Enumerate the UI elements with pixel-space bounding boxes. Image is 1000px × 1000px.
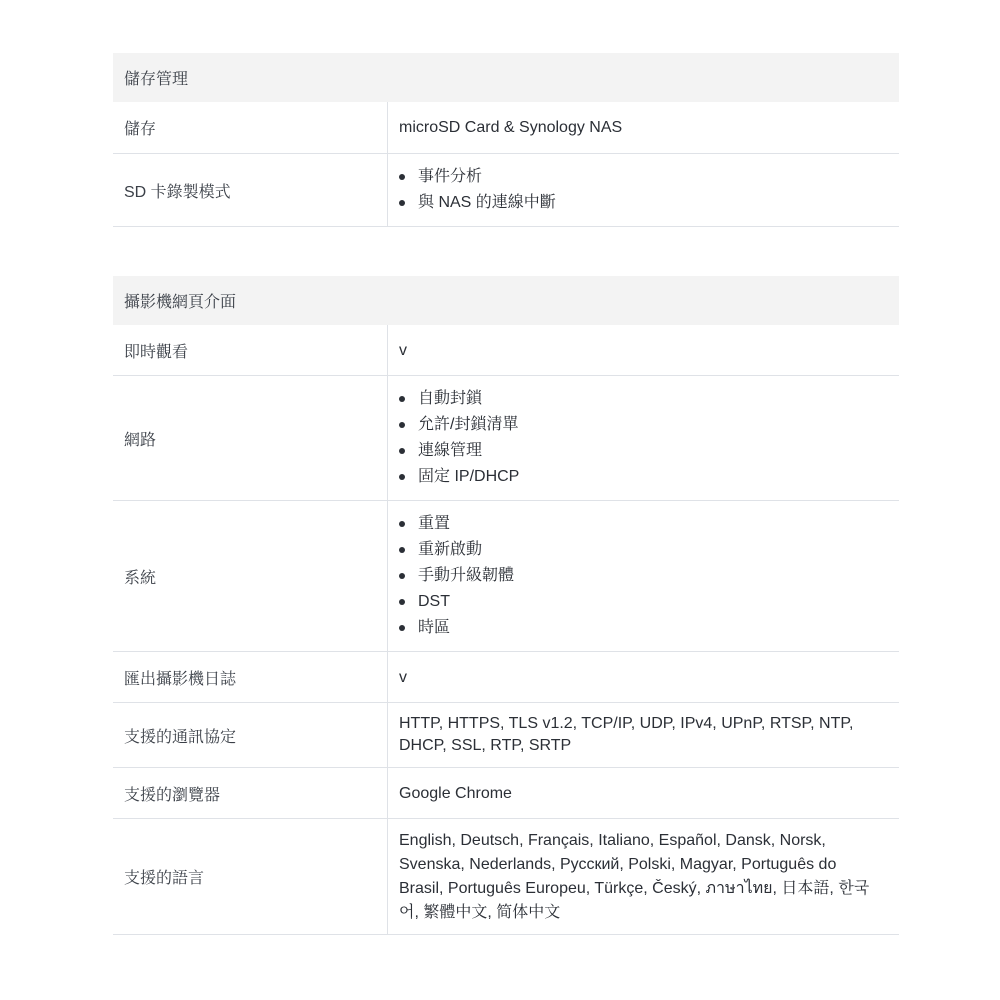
section-header-storage: 儲存管理 [113, 53, 899, 102]
protocols-text: HTTP, HTTPS, TLS v1.2, TCP/IP, UDP, IPv4… [399, 713, 869, 757]
list-item: 時區 [388, 615, 514, 641]
table-row-export-camera-log: 匯出攝影機日誌 v [113, 652, 899, 703]
row-value: 重置 重新啟動 手動升級韌體 DST 時區 [388, 501, 899, 651]
row-label: 支援的瀏覽器 [113, 768, 388, 818]
row-value: 事件分析 與 NAS 的連線中斷 [388, 154, 899, 226]
section-header-web-interface: 攝影機網頁介面 [113, 276, 899, 325]
web-interface-spec-table: 攝影機網頁介面 即時觀看 v 網路 自動封鎖 允許/封鎖清單 連線管理 固定 I… [113, 276, 899, 935]
row-value: HTTP, HTTPS, TLS v1.2, TCP/IP, UDP, IPv4… [388, 703, 899, 767]
table-row-supported-protocols: 支援的通訊協定 HTTP, HTTPS, TLS v1.2, TCP/IP, U… [113, 703, 899, 768]
bullet-list: 自動封鎖 允許/封鎖清單 連線管理 固定 IP/DHCP [388, 386, 519, 490]
row-value: English, Deutsch, Français, Italiano, Es… [388, 819, 899, 934]
list-item: 重置 [388, 511, 514, 537]
row-label: 支援的通訊協定 [113, 703, 388, 767]
row-label: 匯出攝影機日誌 [113, 652, 388, 702]
storage-spec-table: 儲存管理 儲存 microSD Card & Synology NAS SD 卡… [113, 53, 899, 227]
languages-text: English, Deutsch, Français, Italiano, Es… [399, 829, 879, 925]
row-value: Google Chrome [388, 768, 899, 818]
table-row-storage: 儲存 microSD Card & Synology NAS [113, 102, 899, 154]
list-item: DST [388, 589, 514, 615]
list-item: 事件分析 [388, 164, 556, 190]
list-item: 重新啟動 [388, 537, 514, 563]
list-item: 手動升級韌體 [388, 563, 514, 589]
row-label: 網路 [113, 376, 388, 500]
table-row-live-view: 即時觀看 v [113, 325, 899, 376]
row-label: 支援的語言 [113, 819, 388, 934]
row-value: v [388, 325, 899, 375]
row-value: microSD Card & Synology NAS [388, 102, 899, 153]
list-item: 與 NAS 的連線中斷 [388, 190, 556, 216]
table-row-supported-languages: 支援的語言 English, Deutsch, Français, Italia… [113, 819, 899, 935]
list-item: 固定 IP/DHCP [388, 464, 519, 490]
list-item: 允許/封鎖清單 [388, 412, 519, 438]
row-value: 自動封鎖 允許/封鎖清單 連線管理 固定 IP/DHCP [388, 376, 899, 500]
bullet-list: 事件分析 與 NAS 的連線中斷 [388, 164, 556, 216]
table-row-supported-browsers: 支援的瀏覽器 Google Chrome [113, 768, 899, 819]
row-label: 即時觀看 [113, 325, 388, 375]
bullet-list: 重置 重新啟動 手動升級韌體 DST 時區 [388, 511, 514, 641]
table-row-sd-recording-mode: SD 卡錄製模式 事件分析 與 NAS 的連線中斷 [113, 154, 899, 227]
row-value: v [388, 652, 899, 702]
table-row-system: 系統 重置 重新啟動 手動升級韌體 DST 時區 [113, 501, 899, 652]
list-item: 連線管理 [388, 438, 519, 464]
row-label: 系統 [113, 501, 388, 651]
row-label: SD 卡錄製模式 [113, 154, 388, 226]
row-label: 儲存 [113, 102, 388, 153]
list-item: 自動封鎖 [388, 386, 519, 412]
table-row-network: 網路 自動封鎖 允許/封鎖清單 連線管理 固定 IP/DHCP [113, 376, 899, 501]
